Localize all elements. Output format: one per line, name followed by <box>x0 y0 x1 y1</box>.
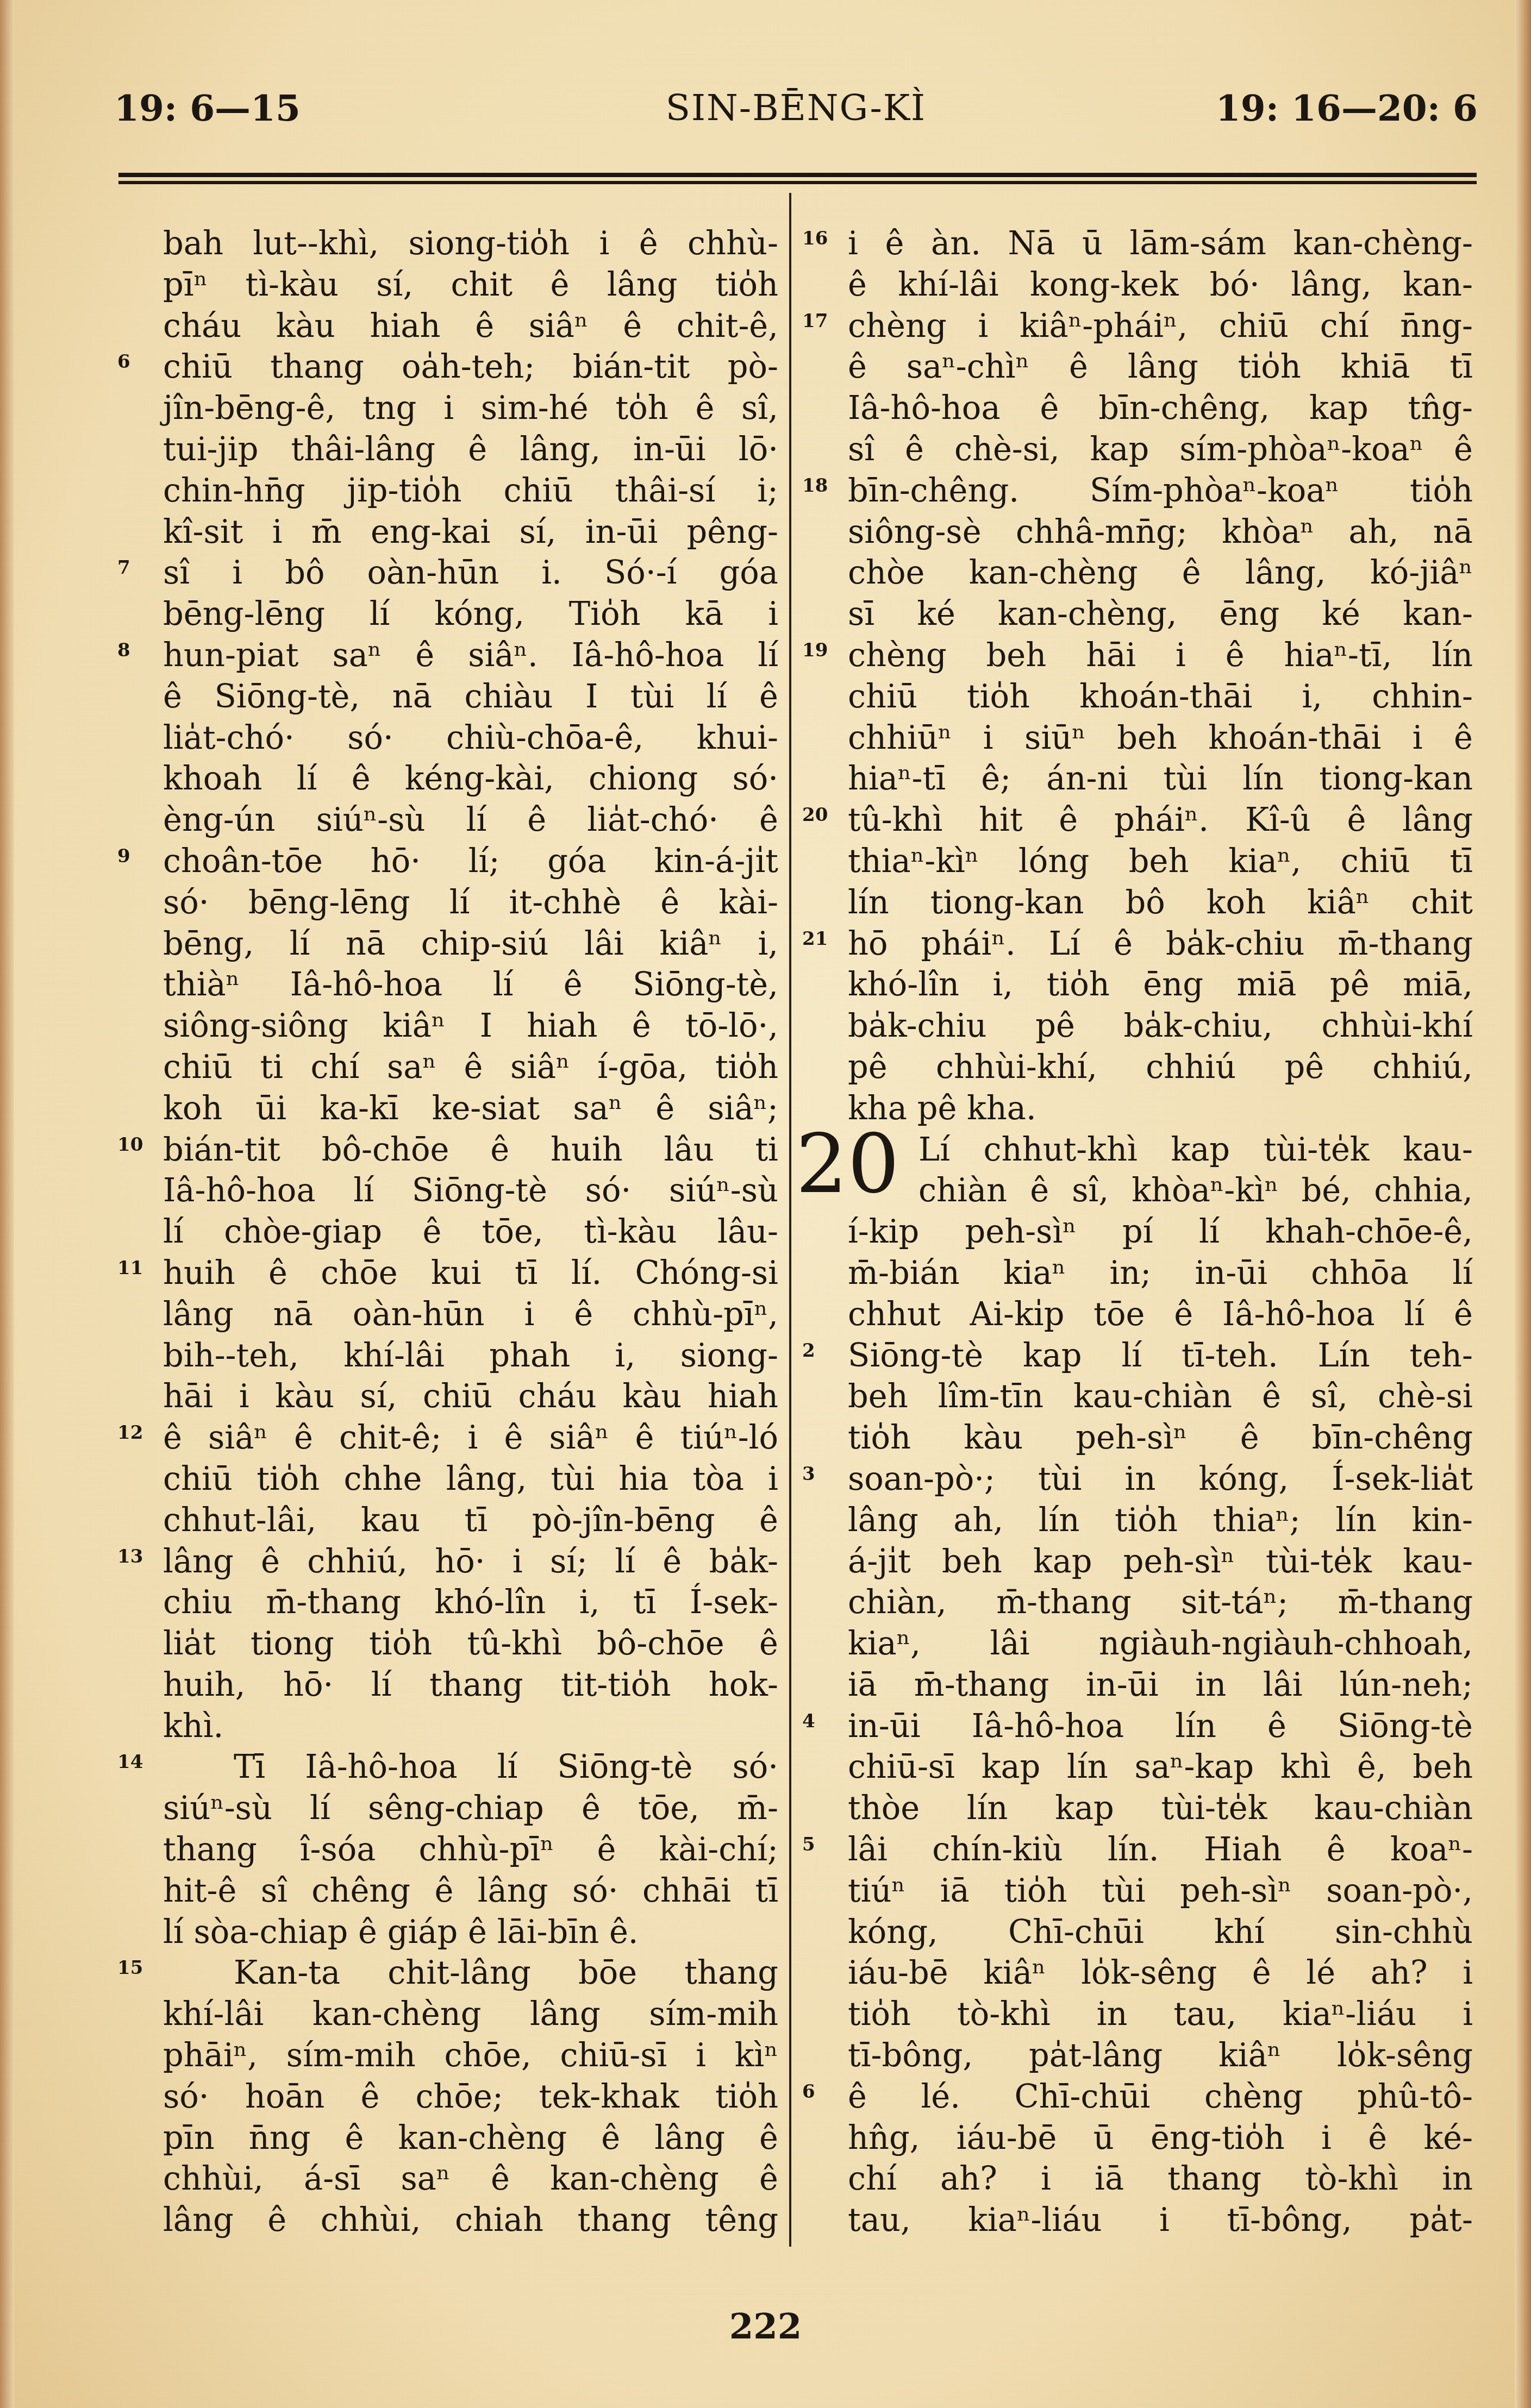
text-line: thang î-sóa chhù-pīⁿ ê kài-chí; <box>163 1829 778 1870</box>
text-line: tio̍h kàu peh-sìⁿ ê bīn-chêng <box>848 1417 1473 1458</box>
line-text: tī-bông, pa̍t-lâng kiâⁿ lo̍k-sêng <box>848 2036 1473 2074</box>
text-line: koh ūi ka-kī ke-siat saⁿ ê siâⁿ; <box>163 1088 778 1129</box>
text-line: khoah lí ê kéng-kài, chiong só· <box>163 758 778 799</box>
verse-number: 5 <box>802 1824 815 1866</box>
header-right-reference: 19: 16—20: 6 <box>1216 87 1478 129</box>
line-text: Lí chhut-khì kap tùi-te̍k kau- <box>918 1131 1473 1168</box>
line-text: lâi chín-kiù lín. Hiah ê koaⁿ- <box>848 1830 1473 1868</box>
line-text: khó-lîn i, tio̍h ēng miā pê miā, <box>848 965 1473 1003</box>
text-line: chiàn ê sî, khòaⁿ-kìⁿ bé, chhia, <box>848 1170 1473 1211</box>
line-text: tui-jip thâi-lâng ê lâng, in-ūi lō· <box>163 430 778 468</box>
line-text: èng-ún siúⁿ-sù lí ê lia̍t-chó· ê <box>163 801 778 838</box>
text-line: 6chiū thang oa̍h-teh; bián-tit pò- <box>163 346 778 387</box>
line-text: khoah lí ê kéng-kài, chiong só· <box>163 760 778 797</box>
line-text: ba̍k-chiu pê ba̍k-chiu, chhùi-khí <box>848 1007 1473 1044</box>
right-text-column: 16i ê àn. Nā ū lām-sám kan-chèng-ê khí-l… <box>848 223 1473 2241</box>
line-text: hāi i kàu sí, chiū cháu kàu hiah <box>163 1377 778 1415</box>
line-text: chiu m̄-thang khó-lîn i, tī Í-sek- <box>163 1583 778 1621</box>
text-line: hit-ê sî chêng ê lâng só· chhāi tī <box>163 1870 778 1911</box>
line-text: in-ūi Iâ-hô-hoa lín ê Siōng-tè <box>848 1707 1473 1745</box>
text-line: ê saⁿ-chìⁿ ê lâng tio̍h khiā tī <box>848 346 1473 387</box>
line-text: tau, kiaⁿ-liáu i tī-bông, pa̍t- <box>848 2201 1473 2238</box>
text-line: lâng ê chhùi, chiah thang têng <box>163 2199 778 2241</box>
line-text: pīⁿ tì-kàu sí, chit ê lâng tio̍h <box>163 266 778 303</box>
text-line: chí ah? i iā thang tò-khì in <box>848 2158 1473 2199</box>
line-text: pê chhùi-khí, chhiú pê chhiú, <box>848 1048 1473 1086</box>
text-line: pīⁿ tì-kàu sí, chit ê lâng tio̍h <box>163 264 778 305</box>
line-text: hō pháiⁿ. Lí ê ba̍k-chiu m̄-thang <box>848 925 1473 962</box>
text-line: m̄-bián kiaⁿ in; in-ūi chhōa lí <box>848 1252 1473 1294</box>
verse-number: 18 <box>802 466 828 507</box>
text-line: 13lâng ê chhiú, hō· i sí; lí ê ba̍k- <box>163 1541 778 1582</box>
left-text-column: bah lut--khì, siong-tio̍h i ê chhù-pīⁿ t… <box>163 223 778 2241</box>
text-line: chiū tio̍h khoán-thāi i, chhin- <box>848 676 1473 717</box>
line-text: cháu kàu hiah ê siâⁿ ê chit-ê, <box>163 307 778 344</box>
text-line: khí-lâi kan-chèng lâng sím-mih <box>163 1993 778 2035</box>
page-edge-left <box>0 0 14 2408</box>
line-text: sî i bô oàn-hūn i. Só·-í góa <box>163 554 778 591</box>
line-text: chiàn ê sî, khòaⁿ-kìⁿ bé, chhia, <box>918 1171 1473 1209</box>
text-line: tui-jip thâi-lâng ê lâng, in-ūi lō· <box>163 429 778 470</box>
verse-number: 17 <box>802 301 828 342</box>
page-number: 222 <box>0 2306 1531 2347</box>
line-text: tio̍h tò-khì in tau, kiaⁿ-liáu i <box>848 1995 1473 2033</box>
line-text: sī ké kan-chèng, ēng ké kan- <box>848 595 1473 632</box>
text-line: thòe lín kap tùi-te̍k kau-chiàn <box>848 1788 1473 1829</box>
text-line: thiaⁿ-kìⁿ lóng beh kiaⁿ, chiū tī <box>848 841 1473 882</box>
verse-number: 19 <box>802 630 828 672</box>
line-text: phāiⁿ, sím-mih chōe, chiū-sī i kìⁿ <box>163 2036 778 2074</box>
text-line: siông-siông kiâⁿ I hiah ê tō-lō·, <box>163 1005 778 1046</box>
line-text: hn̂g, iáu-bē ū ēng-tio̍h i ê ké- <box>848 2119 1473 2156</box>
text-line: hn̂g, iáu-bē ū ēng-tio̍h i ê ké- <box>848 2117 1473 2159</box>
line-text: á-ji̍t beh kap peh-sìⁿ tùi-te̍k kau- <box>848 1542 1473 1580</box>
line-text: tio̍h kàu peh-sìⁿ ê bīn-chêng <box>848 1419 1473 1456</box>
line-text: só· hoān ê chōe; tek-khak tio̍h <box>163 2078 778 2115</box>
verse-number: 3 <box>802 1454 815 1495</box>
line-text: Siōng-tè kap lí tī-teh. Lín teh- <box>848 1337 1473 1374</box>
text-line: kî-sit i m̄ eng-kai sí, in-ūi pêng- <box>163 511 778 553</box>
text-line: pê chhùi-khí, chhiú pê chhiú, <box>848 1046 1473 1088</box>
verse-number: 6 <box>117 342 130 383</box>
line-text: khì. <box>163 1707 223 1745</box>
text-line: huih, hō· lí thang tit-tio̍h hok- <box>163 1664 778 1705</box>
text-line: tiúⁿ iā tio̍h tùi peh-sìⁿ soan-pò·, <box>848 1870 1473 1911</box>
line-text: jîn-bēng-ê, tng i sim-hé to̍h ê sî, <box>163 389 778 427</box>
text-line: iáu-bē kiâⁿ lo̍k-sêng ê lé ah? i <box>848 1952 1473 1993</box>
text-line: í-kip peh-sìⁿ pí lí khah-chōe-ê, <box>848 1211 1473 1252</box>
line-text: bih--teh, khí-lâi phah i, siong- <box>163 1337 778 1374</box>
verse-number: 12 <box>117 1413 143 1454</box>
text-line: tau, kiaⁿ-liáu i tī-bông, pa̍t- <box>848 2199 1473 2241</box>
verse-number: 15 <box>117 1948 143 1989</box>
line-text: í-kip peh-sìⁿ pí lí khah-chōe-ê, <box>848 1213 1473 1250</box>
line-text: thiaⁿ-kìⁿ lóng beh kiaⁿ, chiū tī <box>848 842 1473 880</box>
text-line: èng-ún siúⁿ-sù lí ê lia̍t-chó· ê <box>163 799 778 841</box>
text-line: lí sòa-chiap ê giáp ê lāi-bīn ê. <box>163 1911 778 1953</box>
text-line: siúⁿ-sù lí sêng-chiap ê tōe, m̄- <box>163 1788 778 1829</box>
line-text: chhùi, á-sī saⁿ ê kan-chèng ê <box>163 2160 778 2197</box>
line-text: lia̍t tiong tio̍h tû-khì bô-chōe ê <box>163 1625 778 1662</box>
text-line: bah lut--khì, siong-tio̍h i ê chhù- <box>163 223 778 264</box>
text-line: só· bēng-lēng lí it-chhè ê kài- <box>163 882 778 923</box>
text-line: Iâ-hô-hoa ê bīn-chêng, kap tn̂g- <box>848 387 1473 429</box>
text-line: Iâ-hô-hoa lí Siōng-tè só· siúⁿ-sù <box>163 1170 778 1211</box>
line-text: Iâ-hô-hoa ê bīn-chêng, kap tn̂g- <box>848 389 1473 427</box>
text-line: ê khí-lâi kong-kek bó· lâng, kan- <box>848 264 1473 305</box>
text-line: khì. <box>163 1705 778 1747</box>
scanned-page: 19: 6—15 SIN-BĒNG-KÌ 19: 16—20: 6 bah lu… <box>0 0 1531 2408</box>
line-text: lâng ê chhùi, chiah thang têng <box>163 2201 778 2238</box>
verse-number: 13 <box>117 1537 143 1578</box>
text-line: tī-bông, pa̍t-lâng kiâⁿ lo̍k-sêng <box>848 2035 1473 2076</box>
verse-number: 20 <box>802 795 828 836</box>
text-line: chòe kan-chèng ê lâng, kó-jiâⁿ <box>848 552 1473 593</box>
line-text: lia̍t-chó· só· chiù-chōa-ê, khui- <box>163 719 778 756</box>
verse-number: 14 <box>117 1742 143 1783</box>
text-line: só· hoān ê chōe; tek-khak tio̍h <box>163 2076 778 2117</box>
text-line: 7sî i bô oàn-hūn i. Só·-í góa <box>163 552 778 593</box>
line-text: ê lé. Chī-chūi chèng phû-tô- <box>848 2078 1473 2115</box>
text-line: pīn n̄ng ê kan-chèng ê lâng ê <box>163 2117 778 2159</box>
line-text: siông-sè chhâ-mn̄g; khòaⁿ ah, nā <box>848 513 1473 550</box>
text-line: chhut-lâi, kau tī pò-jîn-bēng ê <box>163 1500 778 1541</box>
text-line: á-ji̍t beh kap peh-sìⁿ tùi-te̍k kau- <box>848 1541 1473 1582</box>
line-text: kiaⁿ, lâi ngiàuh-ngiàuh-chhoah, <box>848 1625 1473 1662</box>
verse-number: 16 <box>802 218 828 260</box>
text-line: bēng, lí nā chip-siú lâi kiâⁿ i, <box>163 923 778 964</box>
line-text: ê khí-lâi kong-kek bó· lâng, kan- <box>848 266 1473 303</box>
line-text: chhiūⁿ i siūⁿ beh khoán-thāi i ê <box>848 719 1473 756</box>
verse-number: 21 <box>802 919 828 960</box>
line-text: iā m̄-thang in-ūi in lâi lún-neh; <box>848 1666 1473 1703</box>
text-line: 3soan-pò·; tùi in kóng, Í-sek-lia̍t <box>848 1458 1473 1500</box>
text-line: chiū-sī kap lín saⁿ-kap khì ê, beh <box>848 1746 1473 1788</box>
line-text: siông-siông kiâⁿ I hiah ê tō-lō·, <box>163 1007 778 1044</box>
text-line: 18bīn-chêng. Sím-phòaⁿ-koaⁿ tio̍h <box>848 470 1473 511</box>
line-text: chiū ti chí saⁿ ê siâⁿ í-gōa, tio̍h <box>163 1048 778 1086</box>
text-line: lâng ah, lín tio̍h thiaⁿ; lín kin- <box>848 1500 1473 1541</box>
text-line: bih--teh, khí-lâi phah i, siong- <box>163 1335 778 1376</box>
line-text: só· bēng-lēng lí it-chhè ê kài- <box>163 883 778 921</box>
line-text: chiū thang oa̍h-teh; bián-tit pò- <box>163 348 778 385</box>
text-line: chiū tio̍h chhe lâng, tùi hia tòa i <box>163 1458 778 1500</box>
line-text: sî ê chè-si, kap sím-phòaⁿ-koaⁿ ê <box>848 430 1473 468</box>
text-line: jîn-bēng-ê, tng i sim-hé to̍h ê sî, <box>163 387 778 429</box>
line-text: chèng i kiâⁿ-pháiⁿ, chiū chí n̄ng- <box>848 307 1473 344</box>
text-line: 19chèng beh hāi i ê hiaⁿ-tī, lín <box>848 635 1473 676</box>
line-text: bah lut--khì, siong-tio̍h i ê chhù- <box>163 224 778 262</box>
line-text: Iâ-hô-hoa lí Siōng-tè só· siúⁿ-sù <box>163 1171 778 1209</box>
verse-number: 10 <box>117 1125 143 1166</box>
text-line: beh lîm-tīn kau-chiàn ê sî, chè-si <box>848 1376 1473 1417</box>
line-text: hun-piat saⁿ ê siâⁿ. Iâ-hô-hoa lí <box>163 636 778 674</box>
text-line: chhut Ai-ki̍p tōe ê Iâ-hô-hoa lí ê <box>848 1294 1473 1335</box>
line-text: ê saⁿ-chìⁿ ê lâng tio̍h khiā tī <box>848 348 1473 385</box>
line-text: bēng-lēng lí kóng, Tio̍h kā i <box>163 595 778 632</box>
line-text: hit-ê sî chêng ê lâng só· chhāi tī <box>163 1872 778 1909</box>
text-line: 20tû-khì hit ê pháiⁿ. Kî-û ê lâng <box>848 799 1473 841</box>
column-divider <box>789 193 791 2247</box>
text-line: chiū ti chí saⁿ ê siâⁿ í-gōa, tio̍h <box>163 1046 778 1088</box>
line-text: thòe lín kap tùi-te̍k kau-chiàn <box>848 1789 1473 1827</box>
line-text: ê Siōng-tè, nā chiàu I tùi lí ê <box>163 678 778 715</box>
verse-number: 6 <box>802 2072 815 2113</box>
line-text: chèng beh hāi i ê hiaⁿ-tī, lín <box>848 636 1473 674</box>
line-text: lâng ê chhiú, hō· i sí; lí ê ba̍k- <box>163 1542 778 1580</box>
line-text: chí ah? i iā thang tò-khì in <box>848 2160 1473 2197</box>
line-text: beh lîm-tīn kau-chiàn ê sî, chè-si <box>848 1377 1473 1415</box>
line-text: Kan-ta chit-lâng bōe thang <box>234 1954 778 1991</box>
text-line: 21hō pháiⁿ. Lí ê ba̍k-chiu m̄-thang <box>848 923 1473 964</box>
text-line: 2Siōng-tè kap lí tī-teh. Lín teh- <box>848 1335 1473 1376</box>
line-text: bián-tit bô-chōe ê huih lâu ti <box>163 1131 778 1168</box>
text-line: kha pê kha. <box>848 1088 1473 1129</box>
text-line: lia̍t tiong tio̍h tû-khì bô-chōe ê <box>163 1623 778 1664</box>
line-text: chin-hn̄g jip-tio̍h chiū thâi-sí i; <box>163 472 778 509</box>
line-text: bēng, lí nā chip-siú lâi kiâⁿ i, <box>163 925 778 962</box>
line-text: choân-tōe hō· lí; góa kin-á-ji̍t <box>163 842 778 880</box>
text-line: lín tiong-kan bô koh kiâⁿ chit <box>848 882 1473 923</box>
line-text: lín tiong-kan bô koh kiâⁿ chit <box>848 883 1473 921</box>
text-line: 5lâi chín-kiù lín. Hiah ê koaⁿ- <box>848 1829 1473 1870</box>
text-line: 10bián-tit bô-chōe ê huih lâu ti <box>163 1129 778 1170</box>
line-text: pīn n̄ng ê kan-chèng ê lâng ê <box>163 2119 778 2156</box>
text-line: lia̍t-chó· só· chiù-chōa-ê, khui- <box>163 717 778 758</box>
text-line: kóng, Chī-chūi khí sin-chhù <box>848 1911 1473 1953</box>
line-text: siúⁿ-sù lí sêng-chiap ê tōe, m̄- <box>163 1789 778 1827</box>
text-line: bēng-lēng lí kóng, Tio̍h kā i <box>163 593 778 635</box>
line-text: koh ūi ka-kī ke-siat saⁿ ê siâⁿ; <box>163 1089 778 1127</box>
line-text: chhut-lâi, kau tī pò-jîn-bēng ê <box>163 1501 778 1539</box>
text-line: 4in-ūi Iâ-hô-hoa lín ê Siōng-tè <box>848 1705 1473 1747</box>
line-text: kóng, Chī-chūi khí sin-chhù <box>848 1913 1473 1951</box>
line-text: huih, hō· lí thang tit-tio̍h hok- <box>163 1666 778 1703</box>
text-line: 8hun-piat saⁿ ê siâⁿ. Iâ-hô-hoa lí <box>163 635 778 676</box>
text-line: lí chòe-giap ê tōe, tì-kàu lâu- <box>163 1211 778 1252</box>
text-line: 20Lí chhut-khì kap tùi-te̍k kau- <box>848 1129 1473 1170</box>
text-line: khó-lîn i, tio̍h ēng miā pê miā, <box>848 964 1473 1005</box>
line-text: lí sòa-chiap ê giáp ê lāi-bīn ê. <box>163 1913 639 1951</box>
verse-number: 8 <box>117 630 130 672</box>
verse-number: 7 <box>117 548 130 589</box>
text-line: hāi i kàu sí, chiū cháu kàu hiah <box>163 1376 778 1417</box>
text-line: chiu m̄-thang khó-lîn i, tī Í-sek- <box>163 1582 778 1623</box>
text-line: lâng nā oàn-hūn i ê chhù-pīⁿ, <box>163 1294 778 1335</box>
line-text: ê siâⁿ ê chit-ê; i ê siâⁿ ê tiúⁿ-ló <box>163 1419 778 1456</box>
line-text: tiúⁿ iā tio̍h tùi peh-sìⁿ soan-pò·, <box>848 1872 1473 1909</box>
verse-number: 11 <box>117 1248 143 1289</box>
line-text: kî-sit i m̄ eng-kai sí, in-ūi pêng- <box>163 513 778 550</box>
text-line: 16i ê àn. Nā ū lām-sám kan-chèng- <box>848 223 1473 264</box>
line-text: soan-pò·; tùi in kóng, Í-sek-lia̍t <box>848 1460 1473 1497</box>
line-text: hiaⁿ-tī ê; án-ni tùi lín tiong-kan <box>848 760 1473 797</box>
line-text: chiū tio̍h khoán-thāi i, chhin- <box>848 678 1473 715</box>
line-text: m̄-bián kiaⁿ in; in-ūi chhōa lí <box>848 1254 1473 1291</box>
text-line: siông-sè chhâ-mn̄g; khòaⁿ ah, nā <box>848 511 1473 553</box>
line-text: i ê àn. Nā ū lām-sám kan-chèng- <box>848 224 1473 262</box>
line-text: chhut Ai-ki̍p tōe ê Iâ-hô-hoa lí ê <box>848 1295 1473 1333</box>
text-line: 17chèng i kiâⁿ-pháiⁿ, chiū chí n̄ng- <box>848 305 1473 347</box>
header-rule-bottom <box>118 181 1477 184</box>
text-line: thiàⁿ Iâ-hô-hoa lí ê Siōng-tè, <box>163 964 778 1005</box>
running-header: 19: 6—15 SIN-BĒNG-KÌ 19: 16—20: 6 <box>114 87 1478 130</box>
text-line: chhiūⁿ i siūⁿ beh khoán-thāi i ê <box>848 717 1473 758</box>
verse-number: 4 <box>802 1701 815 1742</box>
line-text: khí-lâi kan-chèng lâng sím-mih <box>163 1995 778 2033</box>
line-text: thang î-sóa chhù-pīⁿ ê kài-chí; <box>163 1830 778 1868</box>
text-line: ê Siōng-tè, nā chiàu I tùi lí ê <box>163 676 778 717</box>
line-text: chiàn, m̄-thang sit-táⁿ; m̄-thang <box>848 1583 1473 1621</box>
line-text: chiū-sī kap lín saⁿ-kap khì ê, beh <box>848 1748 1473 1785</box>
text-line: iā m̄-thang in-ūi in lâi lún-neh; <box>848 1664 1473 1705</box>
line-text: lí chòe-giap ê tōe, tì-kàu lâu- <box>163 1213 778 1250</box>
text-line: 11huih ê chōe kui tī lí. Chóng-si <box>163 1252 778 1294</box>
text-line: 9choân-tōe hō· lí; góa kin-á-ji̍t <box>163 841 778 882</box>
header-rule-top <box>118 173 1477 177</box>
line-text: lâng nā oàn-hūn i ê chhù-pīⁿ, <box>163 1295 778 1333</box>
text-line: chin-hn̄g jip-tio̍h chiū thâi-sí i; <box>163 470 778 511</box>
line-text: Tī Iâ-hô-hoa lí Siōng-tè só· <box>234 1748 778 1785</box>
text-line: tio̍h tò-khì in tau, kiaⁿ-liáu i <box>848 1993 1473 2035</box>
text-line: 12ê siâⁿ ê chit-ê; i ê siâⁿ ê tiúⁿ-ló <box>163 1417 778 1458</box>
text-line: hiaⁿ-tī ê; án-ni tùi lín tiong-kan <box>848 758 1473 799</box>
text-line: 14Tī Iâ-hô-hoa lí Siōng-tè só· <box>163 1746 778 1788</box>
line-text: iáu-bē kiâⁿ lo̍k-sêng ê lé ah? i <box>848 1954 1473 1991</box>
line-text: huih ê chōe kui tī lí. Chóng-si <box>163 1254 778 1291</box>
text-line: chhùi, á-sī saⁿ ê kan-chèng ê <box>163 2158 778 2199</box>
line-text: chiū tio̍h chhe lâng, tùi hia tòa i <box>163 1460 778 1497</box>
line-text: bīn-chêng. Sím-phòaⁿ-koaⁿ tio̍h <box>848 472 1473 509</box>
text-line: ba̍k-chiu pê ba̍k-chiu, chhùi-khí <box>848 1005 1473 1046</box>
text-line: 6ê lé. Chī-chūi chèng phû-tô- <box>848 2076 1473 2117</box>
text-line: kiaⁿ, lâi ngiàuh-ngiàuh-chhoah, <box>848 1623 1473 1664</box>
verse-number: 2 <box>802 1331 815 1372</box>
text-line: sī ké kan-chèng, ēng ké kan- <box>848 593 1473 635</box>
verse-number: 9 <box>117 836 130 877</box>
line-text: lâng ah, lín tio̍h thiaⁿ; lín kin- <box>848 1501 1473 1539</box>
line-text: thiàⁿ Iâ-hô-hoa lí ê Siōng-tè, <box>163 965 778 1003</box>
line-text: chòe kan-chèng ê lâng, kó-jiâⁿ <box>848 554 1473 591</box>
text-line: chiàn, m̄-thang sit-táⁿ; m̄-thang <box>848 1582 1473 1623</box>
text-line: cháu kàu hiah ê siâⁿ ê chit-ê, <box>163 305 778 347</box>
page-edge-right <box>1515 0 1531 2408</box>
text-line: 15Kan-ta chit-lâng bōe thang <box>163 1952 778 1993</box>
line-text: tû-khì hit ê pháiⁿ. Kî-û ê lâng <box>848 801 1473 838</box>
text-line: sî ê chè-si, kap sím-phòaⁿ-koaⁿ ê <box>848 429 1473 470</box>
text-line: phāiⁿ, sím-mih chōe, chiū-sī i kìⁿ <box>163 2035 778 2076</box>
